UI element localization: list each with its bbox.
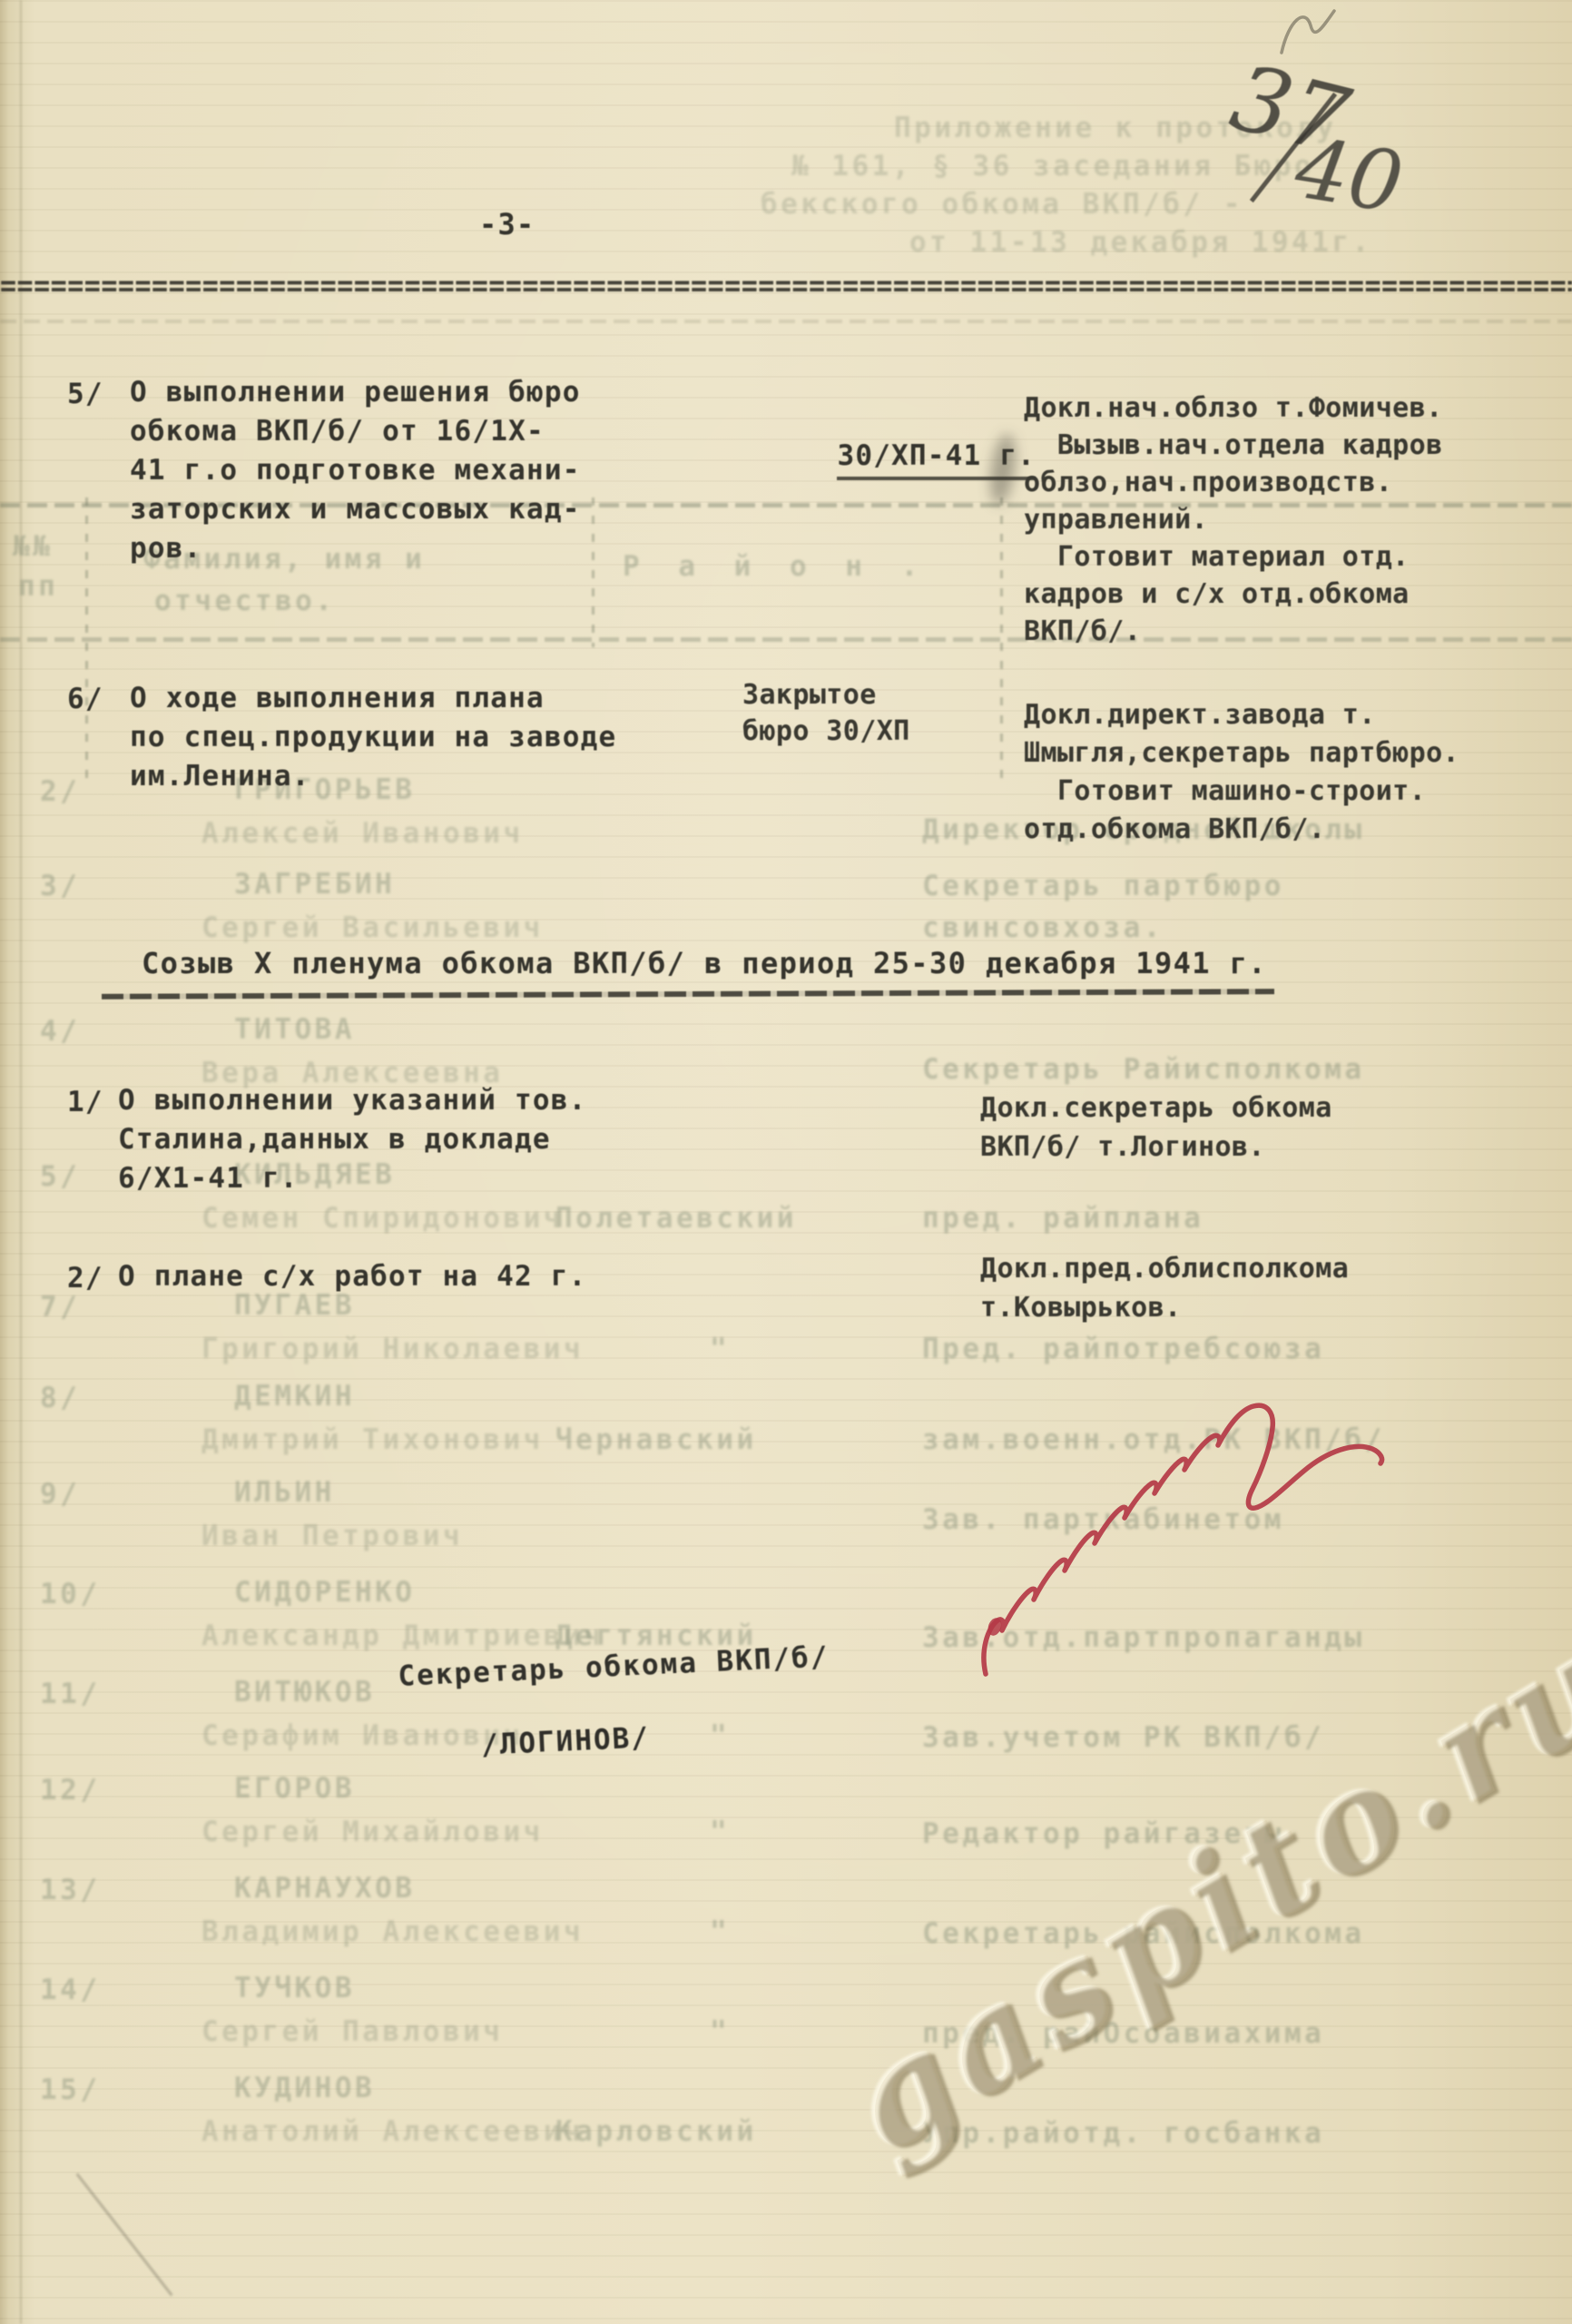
ink-overlay bbox=[0, 0, 1572, 2324]
pencil-corner-scribble-icon bbox=[1282, 11, 1334, 53]
red-signature-icon bbox=[984, 1405, 1382, 1674]
scanned-document-page: -3- ====================================… bbox=[0, 0, 1572, 2324]
